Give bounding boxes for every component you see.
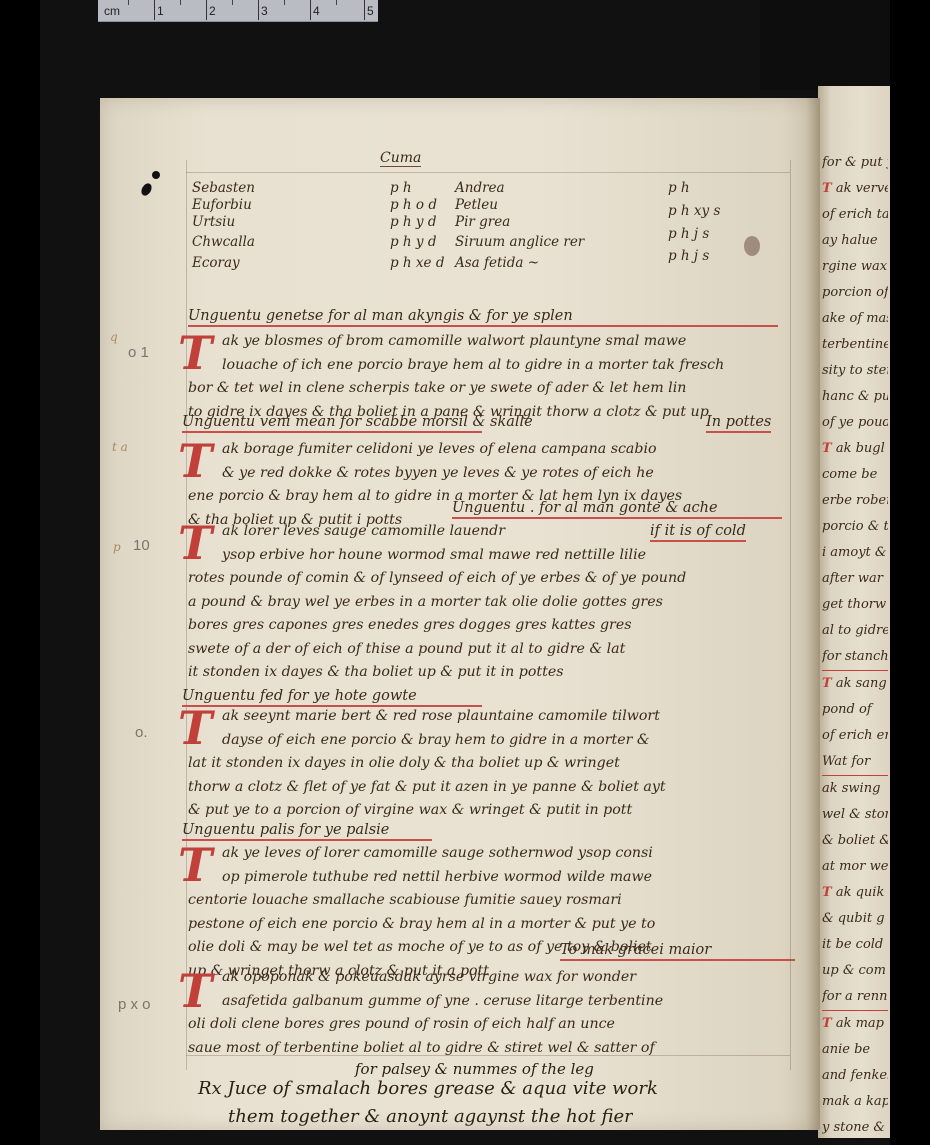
ruling-right [790, 160, 791, 1070]
ruler-tick-3: 3 [258, 0, 259, 20]
ruler-unit: cm [104, 4, 120, 18]
faded-marginalia: t a [112, 440, 128, 454]
next-page-text: for & put y to p T ak vervey of erich ta… [822, 150, 888, 1141]
recipe-text: ak opoponak & pokeuasdak ayrse virgine w… [222, 966, 663, 1013]
initial-capital: T [178, 520, 212, 566]
table-row: Chwcalla [192, 234, 255, 250]
gutter-shadow [806, 98, 820, 1130]
rubric-heading: Unguentu . for al man gonte & ache [452, 500, 782, 519]
table-row: Sebasten [192, 180, 255, 196]
recipe-text: lat it stonden ix dayes in olie doly & t… [188, 752, 666, 823]
ruling-top [186, 172, 790, 173]
table-heading: Cuma [380, 150, 421, 167]
initial-capital: T [178, 968, 212, 1014]
recipe-text: rotes pounde of comin & of lynseed of ei… [188, 567, 686, 685]
table-row: Urtsiu [192, 214, 235, 230]
faded-marginalia: q [110, 330, 118, 344]
later-addition-heading: for palsey & nummes of the leg [355, 1060, 594, 1078]
initial-capital: T [178, 330, 212, 376]
recipe-text: oli doli clene bores gres pound of rosin… [188, 1013, 655, 1060]
recipe-text: ak borage fumiter celidoni ye leves of e… [222, 438, 657, 485]
recipe-text: ak lorer leves sauge camomille lauendr y… [222, 520, 646, 567]
pencil-marginalia: o 1 [128, 344, 149, 361]
initial-capital: T [178, 705, 212, 751]
recipe-text: ak ye leves of lorer camomille sauge sot… [222, 842, 653, 889]
pencil-marginalia: 10 [133, 537, 150, 554]
pencil-marginalia: o. [135, 724, 148, 741]
faded-marginalia: p [113, 540, 121, 554]
rubric-heading: To mak gracei maior [560, 942, 795, 961]
table-row: Euforbiu [192, 197, 252, 213]
later-addition-line: them together & anoynt agaynst the hot f… [228, 1106, 633, 1128]
side-note: if it is of cold [650, 523, 746, 542]
later-addition-line: Rx Juce of smalach bores grease & aqua v… [198, 1078, 658, 1099]
rubric-heading: Unguentu veni mean for scabbe morsil & s… [182, 414, 482, 433]
ruler-tick-5: 5 [364, 0, 365, 20]
scale-ruler: cm 1 2 3 4 5 [98, 0, 378, 22]
stain [744, 236, 760, 256]
side-note: In pottes [706, 414, 771, 433]
binding-shadow [760, 0, 890, 90]
ruler-tick-1: 1 [154, 0, 155, 20]
recipe-text: ak ye blosmes of brom camomille walwort … [222, 330, 724, 377]
ruler-tick-2: 2 [206, 0, 207, 20]
rubric-heading: Unguentu palis for ye palsie [182, 822, 432, 841]
ruler-tick-4: 4 [310, 0, 311, 20]
table-row: Ecoray [192, 255, 240, 271]
rubric-heading: Unguentu genetse for al man akyngis & fo… [188, 308, 778, 327]
ruling-left [186, 160, 187, 1070]
recipe-text: ak seeynt marie bert & red rose plauntai… [222, 705, 660, 752]
initial-capital: T [178, 438, 212, 484]
ink-blot [152, 171, 160, 179]
pencil-marginalia: p x o [118, 996, 151, 1013]
initial-capital: T [178, 842, 212, 888]
